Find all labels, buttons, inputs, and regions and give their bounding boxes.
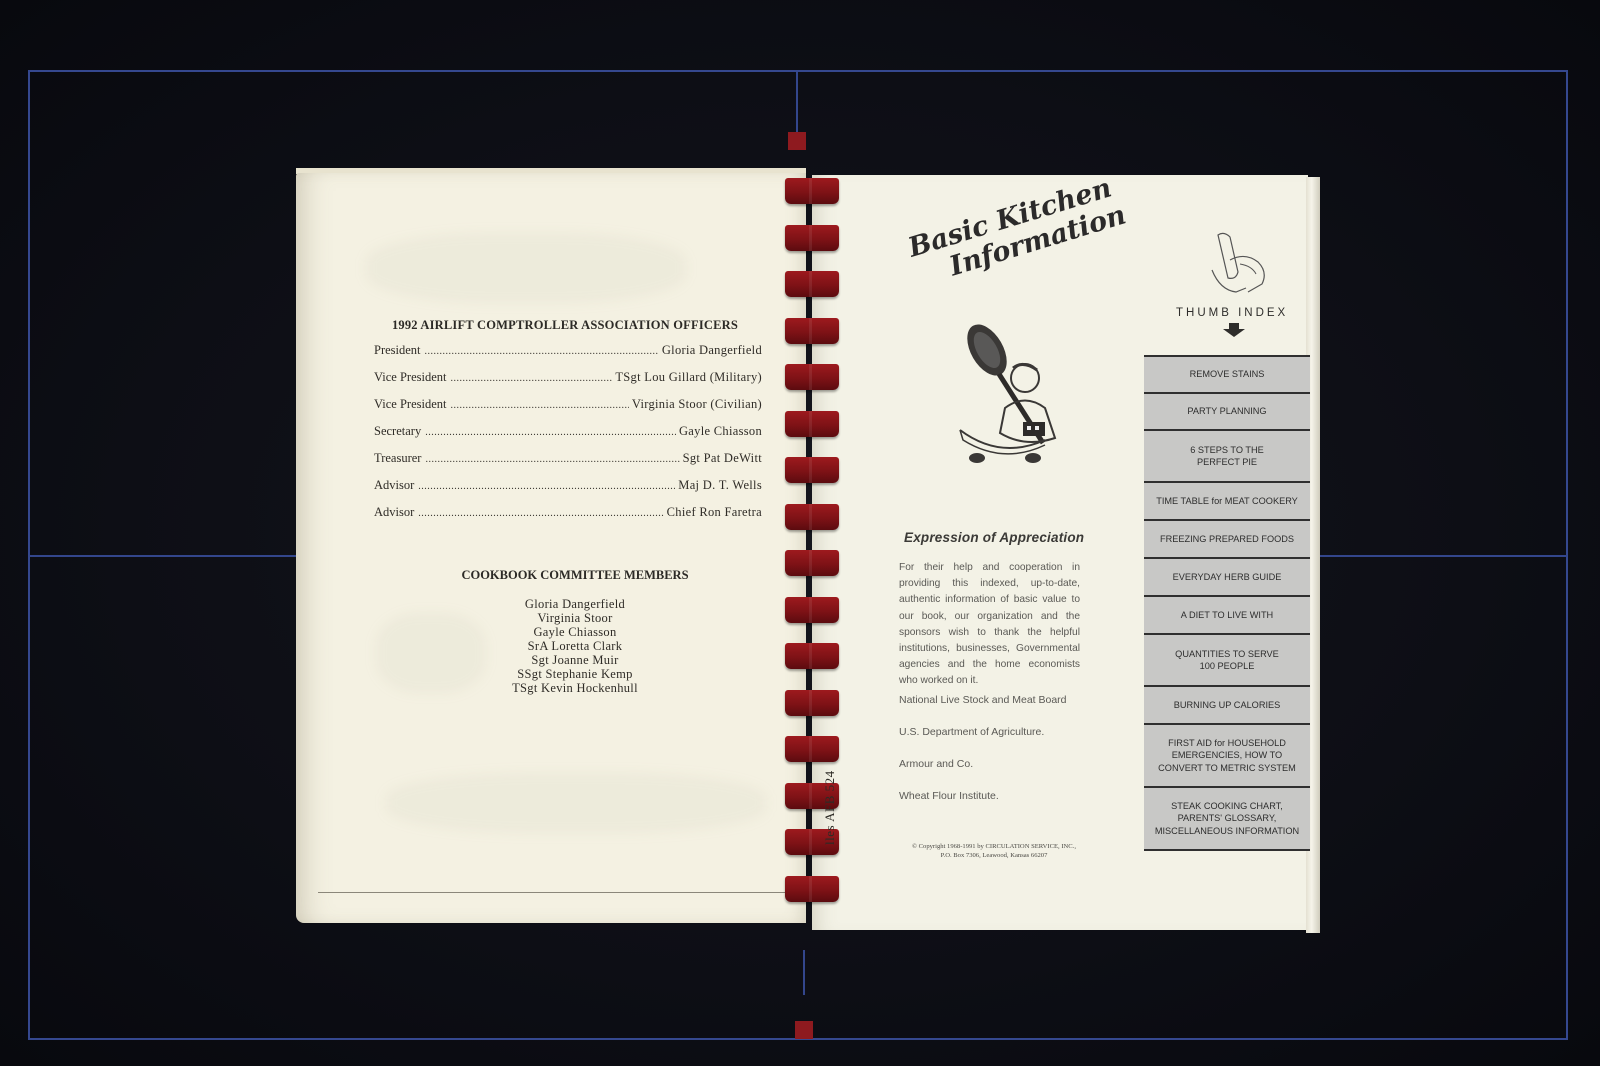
officer-row: Vice PresidentVirginia Stoor (Civilian): [374, 397, 762, 415]
officers-heading: 1992 AIRLIFT COMPTROLLER ASSOCIATION OFF…: [370, 318, 760, 333]
spiral-coil: [785, 271, 839, 297]
committee-member: Gloria Dangerfield: [440, 597, 710, 611]
thumb-index-tab[interactable]: PARTY PLANNING: [1144, 394, 1310, 431]
committee-heading: COOKBOOK COMMITTEE MEMBERS: [440, 568, 710, 583]
officer-name: Gloria Dangerfield: [659, 343, 762, 358]
thumb-hand-icon: [1200, 230, 1280, 310]
sponsor-name: U.S. Department of Agriculture.: [899, 726, 1044, 738]
spiral-coil: [785, 318, 839, 344]
spiral-coil: [785, 504, 839, 530]
officer-role: President: [374, 343, 425, 358]
appreciation-heading: Expression of Appreciation: [904, 530, 1084, 545]
officer-row: AdvisorMaj D. T. Wells: [374, 478, 762, 496]
officer-name: TSgt Lou Gillard (Military): [612, 370, 762, 385]
thumb-index-tab[interactable]: QUANTITIES TO SERVE 100 PEOPLE: [1144, 635, 1310, 687]
alignment-marker: [795, 1021, 813, 1039]
leader-dots: [425, 346, 659, 357]
spiral-coil: [785, 690, 839, 716]
frame-guide-line: [30, 555, 300, 557]
committee-member: Gayle Chiasson: [440, 625, 710, 639]
thumb-index-tab[interactable]: TIME TABLE for MEAT COOKERY: [1144, 483, 1310, 521]
copyright-notice: © Copyright 1968-1991 by CIRCULATION SER…: [899, 841, 1089, 862]
thumb-index-tab[interactable]: A DIET TO LIVE WITH: [1144, 597, 1310, 635]
officer-name: Virginia Stoor (Civilian): [629, 397, 762, 412]
spiral-coil: [785, 364, 839, 390]
committee-member: SSgt Stephanie Kemp: [440, 667, 710, 681]
thumb-index-tab[interactable]: FREEZING PREPARED FOODS: [1144, 521, 1310, 559]
spiral-coil: [785, 643, 839, 669]
officer-role: Vice President: [374, 397, 451, 412]
spiral-coil: [785, 736, 839, 762]
thumb-index-tab[interactable]: STEAK COOKING CHART, PARENTS' GLOSSARY, …: [1144, 788, 1310, 851]
thumb-index-label: THUMB INDEX: [1176, 307, 1288, 319]
alignment-marker: [788, 132, 806, 150]
thumb-index-tab[interactable]: REMOVE STAINS: [1144, 357, 1310, 394]
leader-dots: [451, 400, 629, 411]
officer-role: Advisor: [374, 478, 418, 493]
committee-members-list: Gloria DangerfieldVirginia StoorGayle Ch…: [440, 597, 710, 695]
officer-role: Secretary: [374, 424, 425, 439]
down-arrow-icon: [1223, 323, 1245, 337]
spiral-coil: [785, 225, 839, 251]
spiral-coil: [785, 411, 839, 437]
officer-role: Vice President: [374, 370, 451, 385]
thumb-index-tabs: REMOVE STAINSPARTY PLANNING6 STEPS TO TH…: [1144, 355, 1310, 851]
thumb-index-tab[interactable]: EVERYDAY HERB GUIDE: [1144, 559, 1310, 597]
officer-row: AdvisorChief Ron Faretra: [374, 505, 762, 523]
committee-member: Sgt Joanne Muir: [440, 653, 710, 667]
leader-dots: [425, 454, 679, 465]
thumb-index-tab[interactable]: BURNING UP CALORIES: [1144, 687, 1310, 725]
committee-member: SrA Loretta Clark: [440, 639, 710, 653]
officer-row: SecretaryGayle Chiasson: [374, 424, 762, 442]
sponsor-name: Wheat Flour Institute.: [899, 790, 999, 802]
officer-name: Chief Ron Faretra: [664, 505, 762, 520]
appreciation-body: For their help and cooperation in provid…: [899, 560, 1080, 690]
spiral-coil: [785, 876, 839, 902]
left-page: [296, 173, 806, 923]
thumb-index-tab[interactable]: FIRST AID for HOUSEHOLD EMERGENCIES, HOW…: [1144, 725, 1310, 788]
officer-role: Treasurer: [374, 451, 425, 466]
leader-dots: [418, 481, 675, 492]
thumb-index-tab[interactable]: 6 STEPS TO THE PERFECT PIE: [1144, 431, 1310, 483]
frame-guide-line: [1320, 555, 1567, 557]
library-stamp: lles AFB 524: [822, 770, 838, 845]
officer-name: Maj D. T. Wells: [675, 478, 762, 493]
officer-name: Sgt Pat DeWitt: [680, 451, 762, 466]
officer-row: TreasurerSgt Pat DeWitt: [374, 451, 762, 469]
committee-member: Virginia Stoor: [440, 611, 710, 625]
sponsor-name: National Live Stock and Meat Board: [899, 694, 1067, 706]
leader-dots: [425, 427, 676, 438]
spiral-coil: [785, 457, 839, 483]
spiral-coil: [785, 597, 839, 623]
sponsor-name: Armour and Co.: [899, 758, 973, 770]
spoon-girl-illustration: [955, 318, 1065, 478]
officer-role: Advisor: [374, 505, 418, 520]
spiral-coil: [785, 550, 839, 576]
leader-dots: [451, 373, 613, 384]
page-rule: [318, 892, 796, 893]
committee-member: TSgt Kevin Hockenhull: [440, 681, 710, 695]
officer-name: Gayle Chiasson: [676, 424, 762, 439]
officer-row: PresidentGloria Dangerfield: [374, 343, 762, 361]
officer-row: Vice PresidentTSgt Lou Gillard (Military…: [374, 370, 762, 388]
leader-dots: [418, 508, 663, 519]
spiral-coil: [785, 178, 839, 204]
frame-guide-line: [803, 950, 805, 995]
